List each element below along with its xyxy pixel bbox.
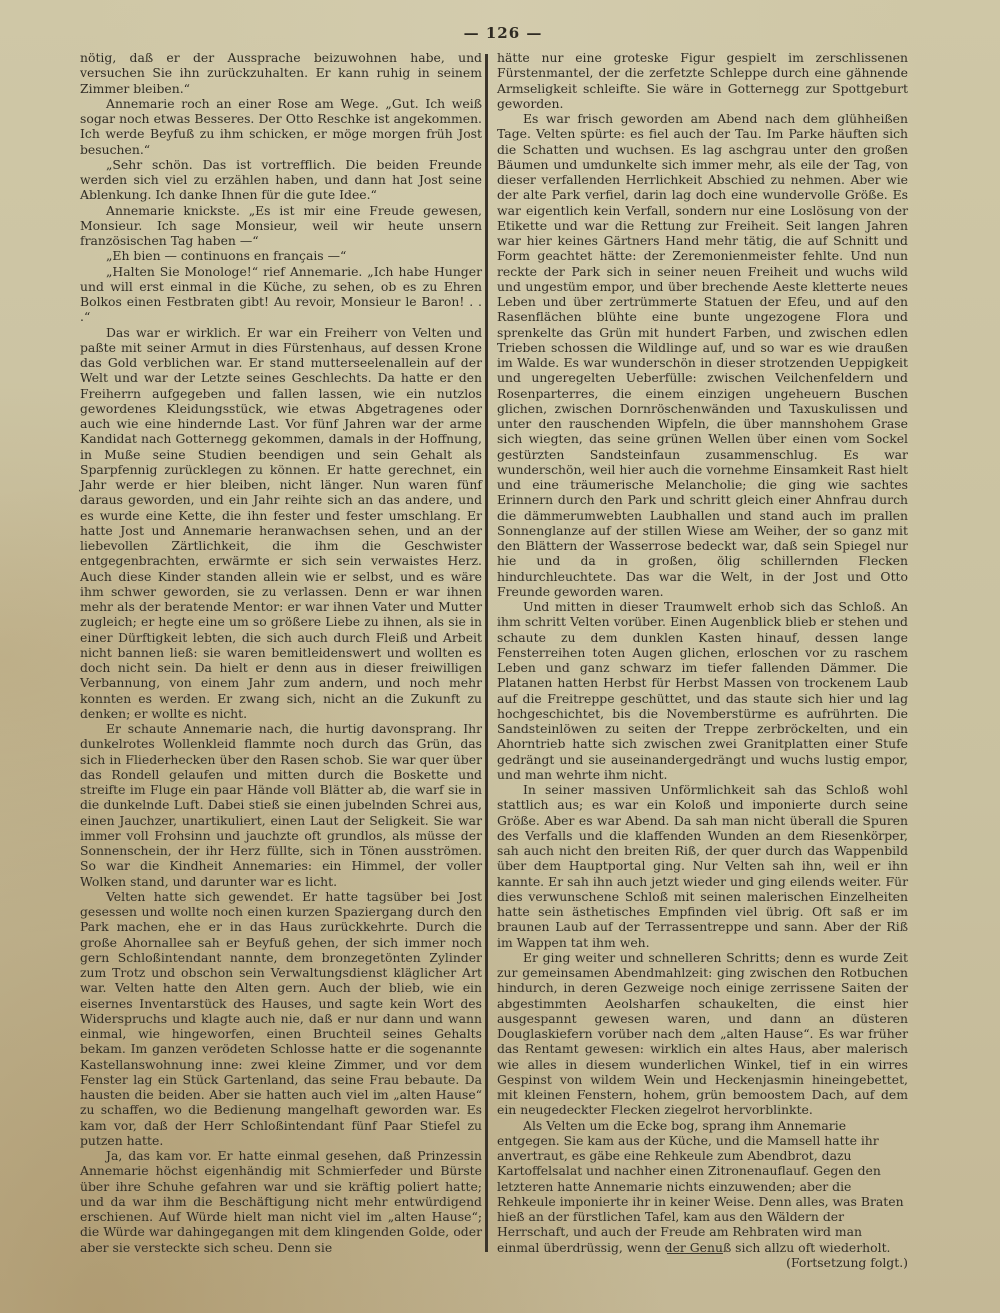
paragraph: In seiner massiven Unförmlichkeit sah da… — [497, 782, 908, 950]
paragraph: Velten hatte sich gewendet. Er hatte tag… — [80, 889, 482, 1148]
paragraph: „Sehr schön. Das ist vortrefflich. Die b… — [80, 157, 482, 203]
paragraph: Annemarie knickste. „Es ist mir eine Fre… — [80, 203, 482, 249]
paragraph-text: Als Velten um die Ecke bog, sprang ihm A… — [497, 1118, 904, 1255]
paragraph: Er ging weiter und schnelleren Schritts;… — [497, 950, 908, 1118]
column-divider — [485, 54, 488, 1252]
continuation-note: (Fortsetzung folgt.) — [760, 1255, 908, 1270]
page-number: — 126 — — [448, 24, 558, 42]
paragraph: Das war er wirklich. Er war ein Freiherr… — [80, 325, 482, 722]
paragraph: nötig, daß er der Aussprache beizuwohnen… — [80, 50, 482, 96]
left-column: nötig, daß er der Aussprache beizuwohnen… — [80, 50, 482, 1255]
paragraph: Es war frisch geworden am Abend nach dem… — [497, 111, 908, 599]
newspaper-page: — 126 — nötig, daß er der Aussprache bei… — [0, 0, 1000, 1313]
right-column: hätte nur eine groteske Figur gespielt i… — [497, 50, 908, 1270]
paragraph: „Halten Sie Monologe!“ rief Annemarie. „… — [80, 264, 482, 325]
paragraph: Ja, das kam vor. Er hatte einmal gesehen… — [80, 1148, 482, 1255]
paragraph: Und mitten in dieser Traumwelt erhob sic… — [497, 599, 908, 782]
paragraph: hätte nur eine groteske Figur gespielt i… — [497, 50, 908, 111]
paragraph-final: Als Velten um die Ecke bog, sprang ihm A… — [497, 1118, 908, 1255]
paragraph: Er schaute Annemarie nach, die hurtig da… — [80, 721, 482, 889]
paragraph: „Eh bien — continuons en français —“ — [80, 248, 482, 263]
paragraph: Annemarie roch an einer Rose am Wege. „G… — [80, 96, 482, 157]
end-of-article-rule — [667, 1253, 723, 1255]
